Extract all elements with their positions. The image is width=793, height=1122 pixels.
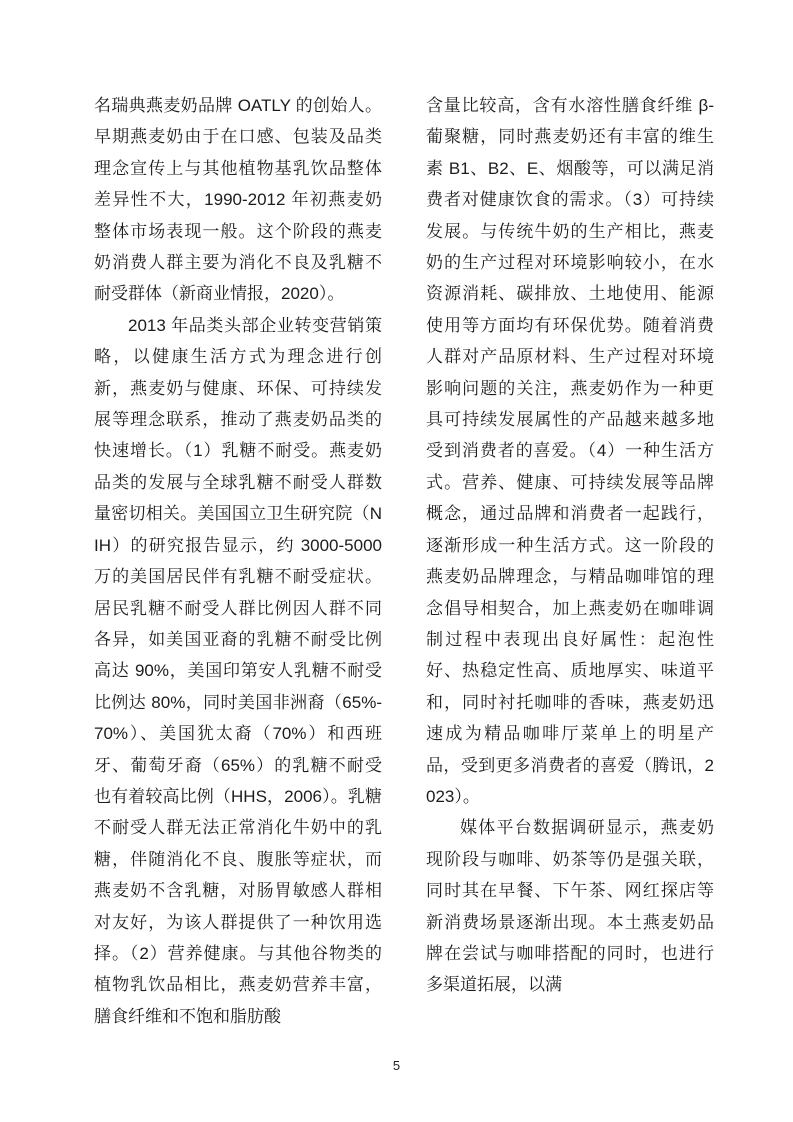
document-page: 名瑞典燕麦奶品牌 OATLY 的创始人。早期燕麦奶由于在口感、包装及品类理念宣传…	[0, 0, 793, 1122]
paragraph: 2013 年品类头部企业转变营销策略，以健康生活方式为理念进行创新，燕麦奶与健康…	[94, 310, 382, 1032]
two-column-text-area: 名瑞典燕麦奶品牌 OATLY 的创始人。早期燕麦奶由于在口感、包装及品类理念宣传…	[94, 90, 714, 1032]
text-column-right: 含量比较高，含有水溶性膳食纤维 β-葡聚糖，同时燕麦奶还有丰富的维生素 B1、B…	[426, 90, 714, 1032]
page-number: 5	[0, 1058, 793, 1074]
paragraph: 含量比较高，含有水溶性膳食纤维 β-葡聚糖，同时燕麦奶还有丰富的维生素 B1、B…	[426, 90, 714, 812]
paragraph: 媒体平台数据调研显示，燕麦奶现阶段与咖啡、奶茶等仍是强关联，同时其在早餐、下午茶…	[426, 812, 714, 1000]
paragraph: 名瑞典燕麦奶品牌 OATLY 的创始人。早期燕麦奶由于在口感、包装及品类理念宣传…	[94, 90, 382, 310]
text-column-left: 名瑞典燕麦奶品牌 OATLY 的创始人。早期燕麦奶由于在口感、包装及品类理念宣传…	[94, 90, 382, 1032]
